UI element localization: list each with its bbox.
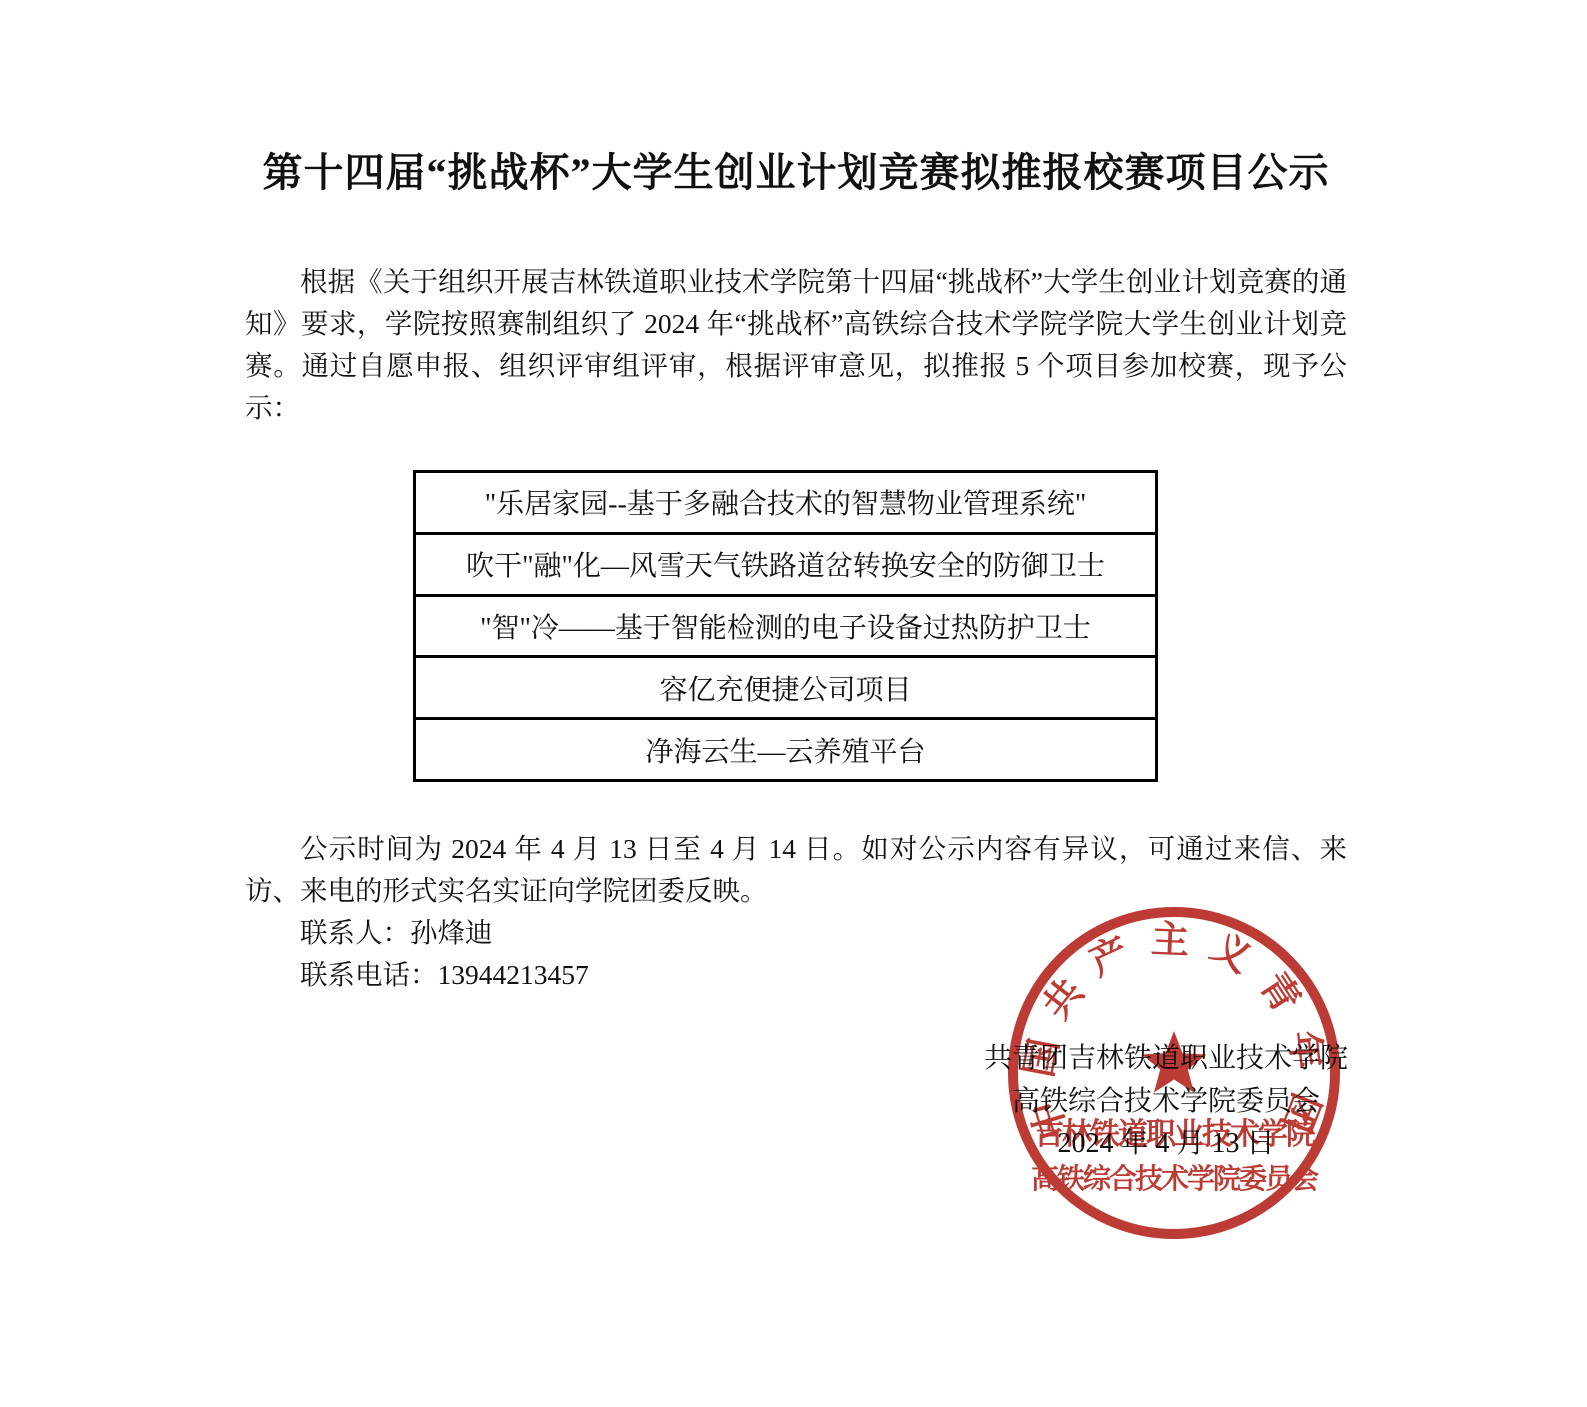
publicity-period-paragraph: 公示时间为 2024 年 4 月 13 日至 4 月 14 日。如对公示内容有异… xyxy=(245,828,1347,912)
signature-org-line1: 共青团吉林铁道职业技术学院 xyxy=(916,1038,1416,1081)
project-row: "智"冷——基于智能检测的电子设备过热防护卫士 xyxy=(416,597,1155,659)
project-row: "乐居家园--基于多融合技术的智慧物业管理系统" xyxy=(416,473,1155,535)
seal-bottom-line2: 高铁综合技术学院委员会 xyxy=(1031,1162,1319,1194)
project-row: 净海云生—云养殖平台 xyxy=(416,720,1155,779)
signature-date: 2024 年 4 月 13 日 xyxy=(916,1123,1416,1166)
document-title: 第十四届“挑战杯”大学生创业计划竞赛拟推报校赛项目公示 xyxy=(245,146,1347,200)
contact-person-line: 联系人：孙烽迪 xyxy=(245,912,1347,954)
contact-phone-line: 联系电话：13944213457 xyxy=(245,954,1347,996)
announcement-document: 第十四届“挑战杯”大学生创业计划竞赛拟推报校赛项目公示 根据《关于组织开展吉林铁… xyxy=(0,0,1587,1407)
project-row: 吹干"融"化—风雪天气铁路道岔转换安全的防御卫士 xyxy=(416,535,1155,597)
signature-block: 共青团吉林铁道职业技术学院 高铁综合技术学院委员会 2024 年 4 月 13 … xyxy=(916,1038,1416,1166)
projects-table: "乐居家园--基于多融合技术的智慧物业管理系统" 吹干"融"化—风雪天气铁路道岔… xyxy=(413,470,1158,782)
intro-paragraph: 根据《关于组织开展吉林铁道职业技术学院第十四届“挑战杯”大学生创业计划竞赛的通知… xyxy=(245,261,1347,429)
notice-block: 公示时间为 2024 年 4 月 13 日至 4 月 14 日。如对公示内容有异… xyxy=(245,828,1347,996)
signature-org-line2: 高铁综合技术学院委员会 xyxy=(916,1081,1416,1124)
project-row: 容亿充便捷公司项目 xyxy=(416,658,1155,720)
